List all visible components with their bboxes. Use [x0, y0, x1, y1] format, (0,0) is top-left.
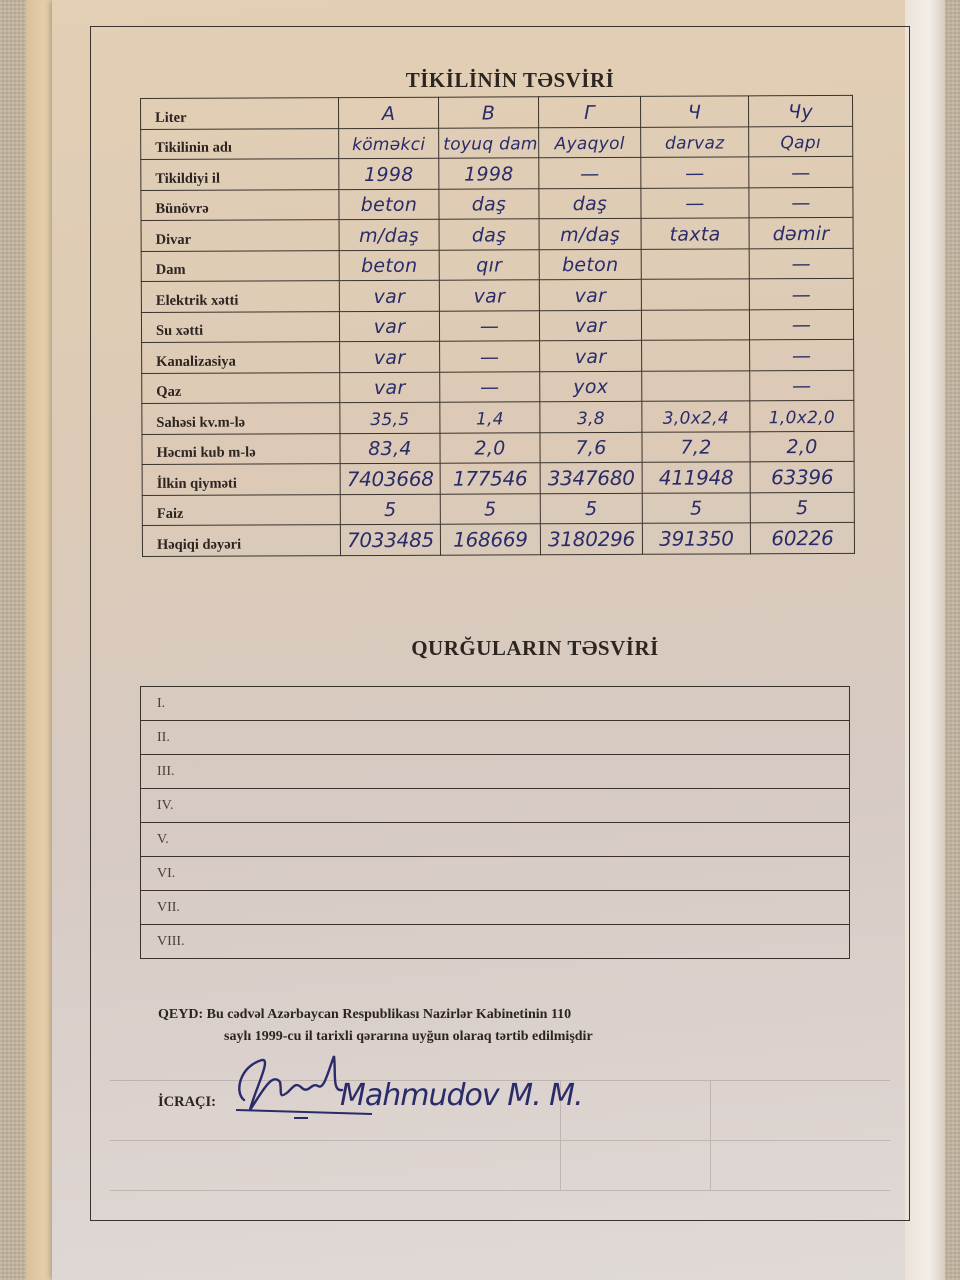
table-cell: 5: [340, 494, 440, 525]
row-label: Qaz: [142, 372, 340, 403]
row-label: Bünövrə: [141, 189, 339, 220]
structure-row-label: IV.: [141, 789, 850, 823]
table-cell: —: [641, 157, 749, 188]
table-row: Həcmi kub m-lə83,42,07,67,22,0: [142, 431, 854, 465]
table-cell: B: [438, 97, 538, 128]
table-cell: 7,2: [642, 431, 750, 462]
table-row: Bünövrəbetondaşdaş——: [141, 187, 853, 221]
structure-row: V.: [141, 823, 850, 857]
table-cell: var: [340, 341, 440, 372]
table-row: İlkin qiyməti740366817754633476804119486…: [142, 461, 854, 495]
table-cell: var: [339, 280, 439, 311]
structure-row: I.: [141, 687, 850, 721]
row-label: Liter: [141, 98, 339, 129]
table-cell: —: [440, 371, 540, 402]
table-cell: —: [749, 309, 853, 340]
table-cell: qır: [439, 249, 539, 280]
table-row: LiterABГЧЧy: [141, 95, 853, 129]
table-cell: 35,5: [340, 402, 440, 433]
structure-row-label: VI.: [141, 857, 850, 891]
table-row: Tikildiyi il19981998———: [141, 156, 853, 190]
table-cell: A: [339, 97, 439, 128]
table-cell: Чy: [748, 95, 852, 126]
table-cell: var: [340, 372, 440, 403]
row-label: Su xətti: [141, 311, 339, 342]
table-cell: yox: [540, 371, 642, 402]
structures-table: I.II.III.IV.V.VI.VII.VIII.: [140, 686, 850, 959]
note-line-2: saylı 1999-cu il tarixli qərarına uyğun …: [158, 1026, 593, 1048]
table-cell: m/daş: [539, 218, 641, 249]
table-cell: var: [539, 310, 641, 341]
table-cell: 5: [440, 493, 540, 524]
table-cell: köməkci: [339, 128, 439, 159]
structure-row-label: V.: [141, 823, 850, 857]
table-cell: —: [641, 187, 749, 218]
table-cell: [641, 309, 749, 340]
row-label: Həqiqi dəyəri: [142, 525, 340, 556]
table-cell: taxta: [641, 218, 749, 249]
row-label: Dam: [141, 250, 339, 281]
table-cell: 2,0: [440, 432, 540, 463]
table-cell: 1998: [439, 158, 539, 189]
table-cell: 1,0x2,0: [750, 400, 854, 431]
table-cell: var: [339, 311, 439, 342]
table-cell: dəmir: [749, 217, 853, 248]
table-cell: Г: [538, 96, 640, 127]
note-label: QEYD:: [158, 1007, 203, 1022]
structure-row: VII.: [141, 891, 850, 925]
table-cell: 60226: [750, 522, 854, 553]
table-cell: 2,0: [750, 431, 854, 462]
note-line-1: Bu cədvəl Azərbaycan Respublikası Nazirl…: [207, 1007, 572, 1022]
table-cell: 1998: [339, 158, 439, 189]
structure-row: III.: [141, 755, 850, 789]
row-label: Elektrik xətti: [141, 281, 339, 312]
table-cell: 63396: [750, 461, 854, 492]
row-label: İlkin qiyməti: [142, 464, 340, 495]
table-cell: daş: [539, 188, 641, 219]
note-block: QEYD: Bu cədvəl Azərbaycan Respublikası …: [158, 1004, 593, 1048]
table-cell: 5: [750, 492, 854, 523]
table-row: Faiz55555: [142, 492, 854, 526]
table-row: Divarm/daşdaşm/daştaxtadəmir: [141, 217, 853, 251]
table-cell: var: [439, 280, 539, 311]
table-cell: Qapı: [749, 126, 853, 157]
structure-row-label: II.: [141, 721, 850, 755]
table-cell: 7,6: [540, 432, 642, 463]
table-cell: darvaz: [641, 126, 749, 157]
signature-name: Mahmudov M. M.: [340, 1078, 583, 1113]
table-cell: [642, 370, 750, 401]
table-row: Qazvar—yox—: [142, 370, 854, 404]
table-cell: m/daş: [339, 219, 439, 250]
structure-row-label: I.: [141, 687, 850, 721]
table-cell: 177546: [440, 463, 540, 494]
row-label: Divar: [141, 220, 339, 251]
table-cell: toyuq dam: [439, 127, 539, 158]
table-cell: var: [540, 340, 642, 371]
table-cell: 1,4: [440, 402, 540, 433]
row-label: Faiz: [142, 494, 340, 525]
table-cell: beton: [339, 250, 439, 281]
table-cell: —: [749, 187, 853, 218]
table-cell: 3,8: [540, 401, 642, 432]
table-cell: 7403668: [340, 463, 440, 494]
table-cell: —: [750, 339, 854, 370]
table-cell: daş: [439, 219, 539, 250]
structure-row: VIII.: [141, 925, 850, 959]
structure-row: II.: [141, 721, 850, 755]
row-label: Tikildiyi il: [141, 159, 339, 190]
structure-row-label: VIII.: [141, 925, 850, 959]
row-label: Həcmi kub m-lə: [142, 433, 340, 464]
table-row: Həqiqi dəyəri703348516866931802963913506…: [142, 522, 854, 556]
table-cell: 3347680: [540, 462, 642, 493]
table-cell: 5: [540, 493, 642, 524]
table-cell: Ayaqyol: [539, 127, 641, 158]
structure-row-label: VII.: [141, 891, 850, 925]
row-label: Tikilinin adı: [141, 128, 339, 159]
table-cell: 168669: [440, 524, 540, 555]
structures-title: QURĞULARIN TƏSVİRİ: [0, 636, 960, 661]
table-row: Elektrik xəttivarvarvar—: [141, 278, 853, 312]
executor-label: İCRAÇI:: [158, 1094, 216, 1111]
structure-row: IV.: [141, 789, 850, 823]
table-cell: beton: [339, 189, 439, 220]
table-cell: —: [749, 156, 853, 187]
table-cell: —: [750, 370, 854, 401]
table-row: Kanalizasiyavar—var—: [142, 339, 854, 373]
table-cell: var: [539, 279, 641, 310]
table-row: Dambetonqırbeton—: [141, 248, 853, 282]
table-cell: [642, 340, 750, 371]
table-cell: 7033485: [340, 524, 440, 555]
table-cell: —: [439, 310, 539, 341]
table-cell: beton: [539, 249, 641, 280]
table-cell: —: [539, 157, 641, 188]
buildings-title: TİKİLİNİN TƏSVİRİ: [0, 68, 960, 93]
table-cell: [641, 279, 749, 310]
table-cell: Ч: [640, 96, 748, 127]
structure-row: VI.: [141, 857, 850, 891]
table-cell: 3180296: [540, 523, 642, 554]
structure-row-label: III.: [141, 755, 850, 789]
row-label: Kanalizasiya: [142, 342, 340, 373]
table-cell: daş: [439, 188, 539, 219]
table-cell: 83,4: [340, 433, 440, 464]
table-row: Su xəttivar—var—: [141, 309, 853, 343]
table-cell: —: [749, 278, 853, 309]
table-row: Sahəsi kv.m-lə35,51,43,83,0x2,41,0x2,0: [142, 400, 854, 434]
table-cell: —: [749, 248, 853, 279]
table-cell: 391350: [642, 523, 750, 554]
table-cell: 5: [642, 492, 750, 523]
table-cell: 411948: [642, 462, 750, 493]
row-label: Sahəsi kv.m-lə: [142, 403, 340, 434]
table-cell: —: [440, 341, 540, 372]
buildings-table: LiterABГЧЧyTikilinin adıköməkcitoyuq dam…: [140, 95, 855, 557]
table-cell: [641, 248, 749, 279]
table-row: Tikilinin adıköməkcitoyuq damAyaqyoldarv…: [141, 126, 853, 160]
table-cell: 3,0x2,4: [642, 401, 750, 432]
